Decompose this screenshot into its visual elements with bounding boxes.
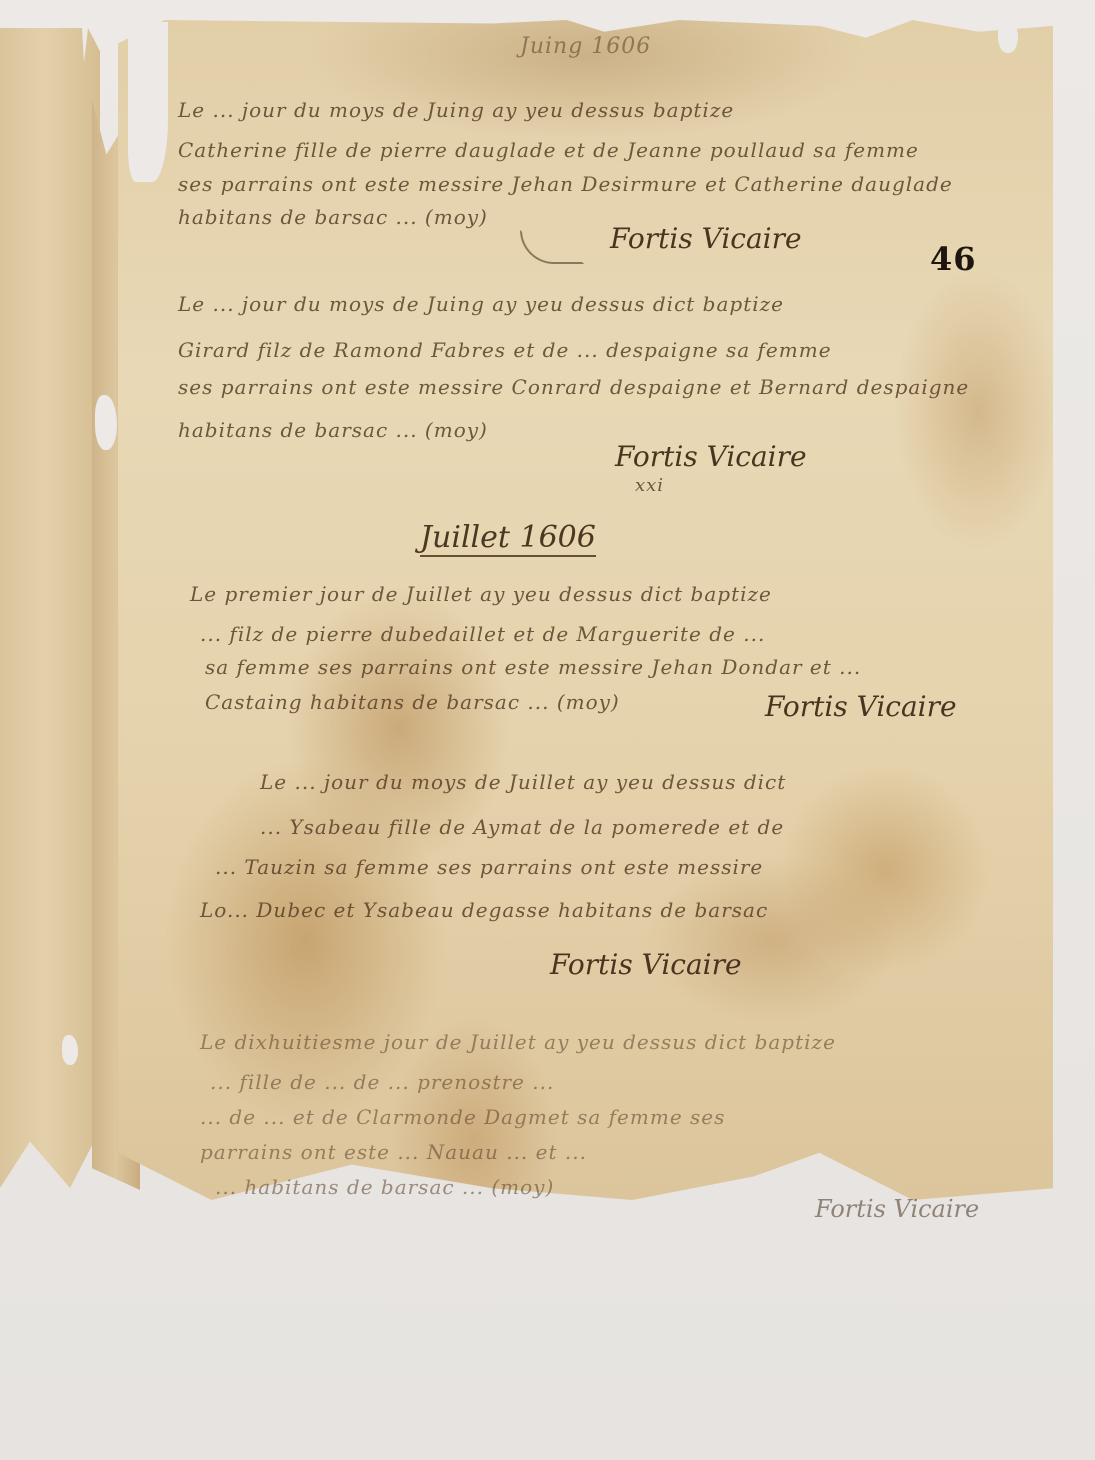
- entry-line: Lo... Dubec et Ysabeau degasse habitans …: [200, 898, 768, 922]
- previous-leaf-edge: [0, 28, 100, 1188]
- signature-mark: xxi: [635, 475, 664, 496]
- paper-hole: [998, 18, 1018, 53]
- entry-line: Le ... jour du moys de Juing ay yeu dess…: [178, 292, 784, 316]
- entry-line: ses parrains ont este messire Conrard de…: [178, 375, 969, 399]
- entry-line: Le ... jour du moys de Juing ay yeu dess…: [178, 98, 734, 122]
- entry-line: ses parrains ont este messire Jehan Desi…: [178, 172, 953, 196]
- entry-line: habitans de barsac ... (moy): [178, 418, 488, 442]
- entry-line: ... Ysabeau fille de Aymat de la pomered…: [260, 815, 784, 839]
- entry-line: ... de ... et de Clarmonde Dagmet sa fem…: [200, 1105, 725, 1129]
- entry-line: ... filz de pierre dubedaillet et de Mar…: [200, 622, 765, 646]
- entry-line: Castaing habitans de barsac ... (moy): [205, 690, 620, 714]
- entry-line: sa femme ses parrains ont este messire J…: [205, 655, 861, 679]
- month-heading: Juillet 1606: [420, 520, 596, 557]
- entry-line: ... habitans de barsac ... (moy): [215, 1175, 554, 1199]
- entry-line: Le ... jour du moys de Juillet ay yeu de…: [260, 770, 786, 794]
- folio-number: 46: [930, 240, 977, 278]
- vicar-signature: Fortis Vicaire: [815, 1195, 979, 1223]
- entry-line: Catherine fille de pierre dauglade et de…: [178, 138, 919, 162]
- entry-line: parrains ont este ... Nauau ... et ...: [200, 1140, 587, 1164]
- entry-line: Le dixhuitiesme jour de Juillet ay yeu d…: [200, 1030, 836, 1054]
- manuscript-page: [118, 20, 1053, 1200]
- entry-line: Girard filz de Ramond Fabres et de ... d…: [178, 338, 832, 362]
- vicar-signature: Fortis Vicaire: [550, 948, 742, 981]
- page-header-date: Juing 1606: [520, 34, 651, 59]
- entry-line: habitans de barsac ... (moy): [178, 205, 488, 229]
- paper-tear: [128, 22, 168, 182]
- paper-hole: [62, 1035, 78, 1065]
- entry-line: ... Tauzin sa femme ses parrains ont est…: [215, 855, 763, 879]
- entry-line: ... fille de ... de ... prenostre ...: [210, 1070, 554, 1094]
- vicar-signature: Fortis Vicaire: [765, 690, 957, 723]
- vicar-signature: Fortis Vicaire: [615, 440, 807, 473]
- entry-line: Le premier jour de Juillet ay yeu dessus…: [190, 582, 772, 606]
- vicar-signature: Fortis Vicaire: [610, 222, 802, 255]
